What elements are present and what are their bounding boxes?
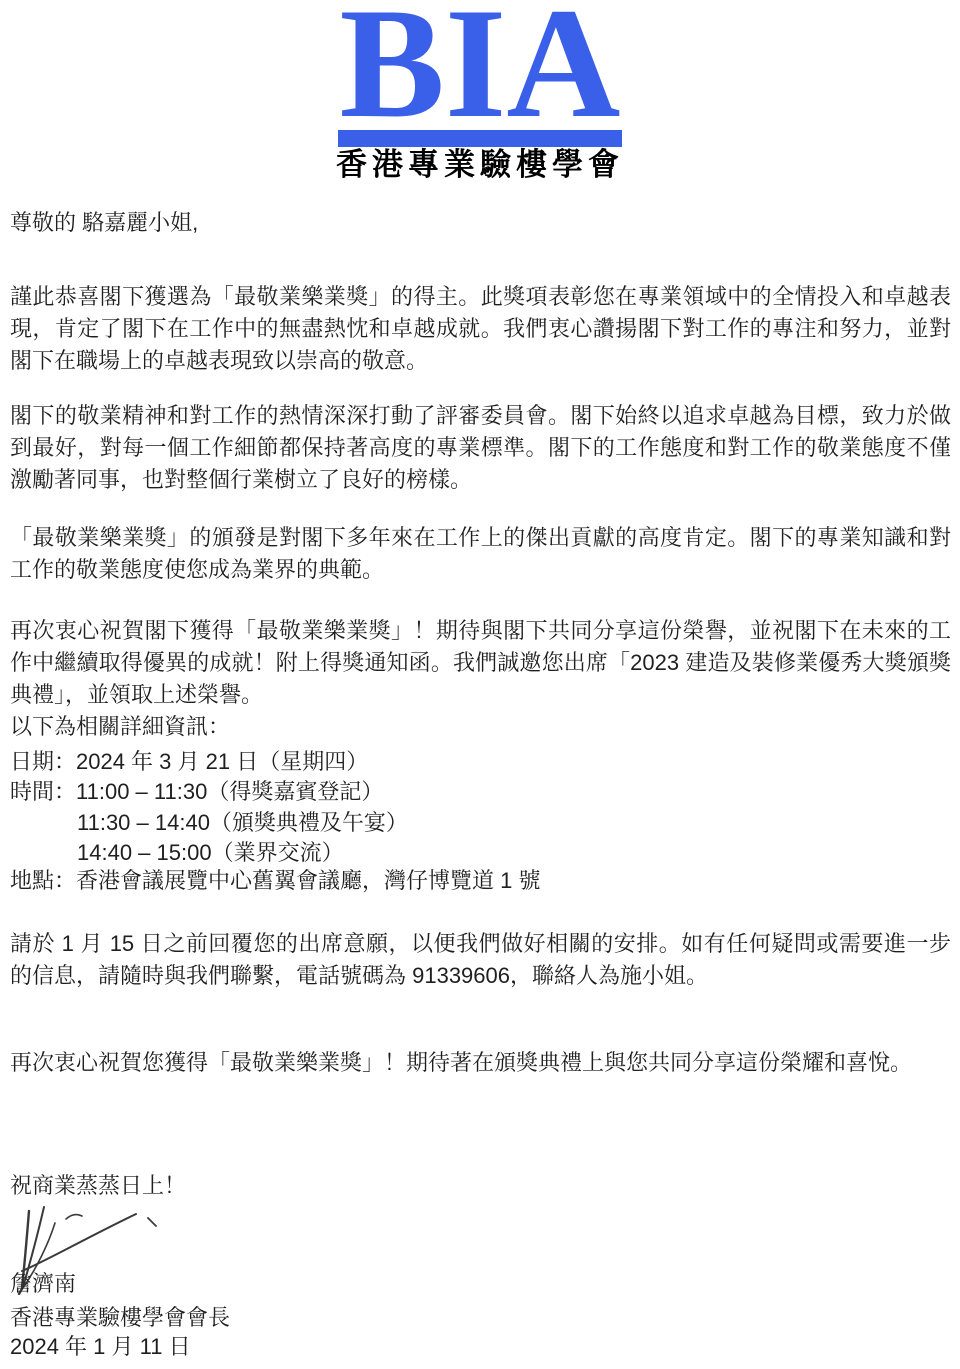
time-label: 時間： <box>10 779 76 804</box>
event-time-line-1: 時間：11:00 – 11:30（得獎嘉賓登記） <box>10 776 951 808</box>
paragraph-congratulations: 謹此恭喜閣下獲選為「最敬業樂業獎」的得主。此獎項表彰您在專業領域中的全情投入和卓… <box>10 281 951 377</box>
logo-underline-bar <box>338 130 622 147</box>
paragraph-dedication: 閣下的敬業精神和對工作的熱情深深打動了評審委員會。閣下始終以追求卓越為目標，致力… <box>10 400 951 496</box>
details-intro: 以下為相關詳細資訊： <box>10 711 951 743</box>
letter-date: 2024 年 1 月 11 日 <box>10 1331 951 1363</box>
signer-title: 香港專業驗樓學會會長 <box>10 1302 951 1334</box>
event-date-line: 日期：2024 年 3 月 21 日（星期四） <box>10 746 951 778</box>
signer-name: 詹濟南 <box>10 1268 951 1300</box>
letter-page: BIA 香港專業驗樓學會 尊敬的 駱嘉麗小姐, 謹此恭喜閣下獲選為「最敬業樂業獎… <box>0 0 960 1369</box>
well-wish: 祝商業蒸蒸日上！ <box>10 1170 951 1202</box>
paragraph-rsvp: 請於 1 月 15 日之前回覆您的出席意願，以便我們做好相關的安排。如有任何疑問… <box>10 928 951 992</box>
greeting: 尊敬的 駱嘉麗小姐, <box>10 207 951 239</box>
event-venue-line: 地點：香港會議展覽中心舊翼會議廳，灣仔博覽道 1 號 <box>10 865 951 897</box>
organization-name: 香港專業驗樓學會 <box>0 148 960 182</box>
paragraph-closing: 再次衷心祝賀您獲得「最敬業樂業獎」！期待著在頒獎典禮上與您共同分享這份榮耀和喜悅… <box>10 1047 951 1079</box>
event-time-line-2: 11:30 – 14:40（頒獎典禮及午宴） <box>10 807 960 839</box>
paragraph-award-meaning: 「最敬業樂業獎」的頒發是對閣下多年來在工作上的傑出貢獻的高度肯定。閣下的專業知識… <box>10 522 951 586</box>
bia-logo: BIA <box>0 0 960 128</box>
time-slot-registration: 11:00 – 11:30（得獎嘉賓登記） <box>76 779 383 804</box>
paragraph-invitation: 再次衷心祝賀閣下獲得「最敬業樂業獎」！期待與閣下共同分享這份榮譽，並祝閣下在未來… <box>10 615 951 711</box>
